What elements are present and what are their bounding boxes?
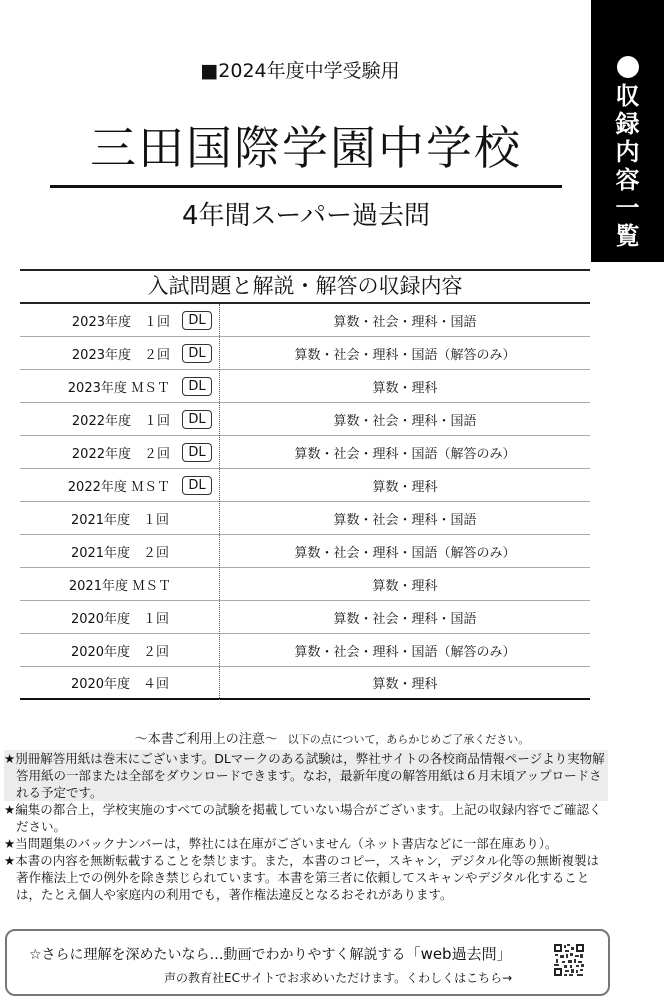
bullet-icon <box>617 56 639 78</box>
exam-label: 2021年度 １回 <box>71 509 169 528</box>
table-body: 2023年度 １回DL 算数・社会・理科・国語 2023年度 ２回DL 算数・社… <box>20 304 590 700</box>
side-tab-label: 収 録 内 容 一 覧 <box>616 82 640 250</box>
subjects-cell: 算数・社会・理科・国語（解答のみ） <box>220 443 590 462</box>
subjects-cell: 算数・理科 <box>220 673 590 692</box>
side-tab-char: 内 <box>616 138 640 166</box>
exam-label: 2022年度 ＭＳＴ <box>68 476 170 495</box>
table-row: 2022年度 １回DL 算数・社会・理科・国語 <box>20 403 590 436</box>
exam-label: 2021年度 ２回 <box>71 542 169 561</box>
table-row: 2022年度 ２回DL 算数・社会・理科・国語（解答のみ） <box>20 436 590 469</box>
notice-list: ★別冊解答用紙は巻末にございます。DLマークのある試験は，弊社サイトの各校商品情… <box>4 750 608 903</box>
dl-badge: DL <box>182 377 212 396</box>
notice-item: ★別冊解答用紙は巻末にございます。DLマークのある試験は，弊社サイトの各校商品情… <box>4 750 608 801</box>
exam-label: 2020年度 ４回 <box>71 673 169 692</box>
subjects-cell: 算数・社会・理科・国語 <box>220 410 590 429</box>
side-tab-char: 覧 <box>616 222 640 250</box>
subjects-cell: 算数・社会・理科・国語（解答のみ） <box>220 344 590 363</box>
qr-code-icon[interactable] <box>553 943 585 977</box>
contents-table: 入試問題と解説・解答の収録内容 2023年度 １回DL 算数・社会・理科・国語 … <box>20 269 590 700</box>
table-row: 2021年度 １回 算数・社会・理科・国語 <box>20 502 590 535</box>
exam-label: 2022年度 ２回 <box>72 443 170 462</box>
exam-label: 2023年度 ＭＳＴ <box>68 377 170 396</box>
notice-subtitle: 以下の点について，あらかじめご了承ください。 <box>288 733 530 746</box>
subjects-cell: 算数・社会・理科・国語 <box>220 608 590 627</box>
dl-badge: DL <box>182 443 212 462</box>
school-name-title: 三田国際学園中学校 <box>50 118 562 178</box>
table-title: 入試問題と解説・解答の収録内容 <box>20 269 590 304</box>
table-row: 2021年度 ＭＳＴ 算数・理科 <box>20 568 590 601</box>
side-tab-char: 録 <box>616 110 640 138</box>
book-subtitle: 4年間スーパー過去問 <box>0 198 612 234</box>
promo-text: ☆さらに理解を深めたいなら…動画でわかりやすく解説する <box>29 947 406 963</box>
table-row: 2022年度 ＭＳＴDL 算数・理科 <box>20 469 590 502</box>
notice-title: ～本書ご利用上の注意～ <box>135 732 278 747</box>
table-row: 2021年度 ２回 算数・社会・理科・国語（解答のみ） <box>20 535 590 568</box>
table-row: 2020年度 ２回 算数・社会・理科・国語（解答のみ） <box>20 634 590 667</box>
subjects-cell: 算数・社会・理科・国語 <box>220 311 590 330</box>
notice-item: ★当問題集のバックナンバーは，弊社には在庫がございません（ネット書店などに一部在… <box>4 835 608 852</box>
web-kakomon-promo-box: ☆さらに理解を深めたいなら…動画でわかりやすく解説する「web過去問」 声の教育… <box>5 929 610 996</box>
exam-label: 2021年度 ＭＳＴ <box>69 575 171 594</box>
exam-year-label: ■2024年度中学受験用 <box>0 56 600 83</box>
dl-badge: DL <box>182 311 212 330</box>
notice-heading: ～本書ご利用上の注意～以下の点について，あらかじめご了承ください。 <box>0 728 664 747</box>
side-tab-char: 収 <box>616 82 640 110</box>
subjects-cell: 算数・理科 <box>220 377 590 396</box>
dl-badge: DL <box>182 410 212 429</box>
promo-headline: ☆さらに理解を深めたいなら…動画でわかりやすく解説する「web過去問」 <box>29 943 512 964</box>
exam-label: 2020年度 ２回 <box>71 641 169 660</box>
table-row: 2023年度 １回DL 算数・社会・理科・国語 <box>20 304 590 337</box>
subjects-cell: 算数・理科 <box>220 575 590 594</box>
side-tab-char: 容 <box>616 166 640 194</box>
exam-label: 2023年度 １回 <box>72 311 170 330</box>
side-tab-char: 一 <box>616 194 640 222</box>
dl-badge: DL <box>182 476 212 495</box>
title-divider <box>50 185 562 188</box>
table-row: 2020年度 ４回 算数・理科 <box>20 667 590 700</box>
exam-label: 2022年度 １回 <box>72 410 170 429</box>
table-row: 2020年度 １回 算数・社会・理科・国語 <box>20 601 590 634</box>
column-divider <box>219 304 220 700</box>
promo-product-name: 「web過去問」 <box>406 945 512 963</box>
promo-subtext: 声の教育社ECサイトでお求めいただけます。くわしくはこちら→ <box>164 969 512 986</box>
exam-label: 2020年度 １回 <box>71 608 169 627</box>
table-row: 2023年度 ＭＳＴDL 算数・理科 <box>20 370 590 403</box>
subjects-cell: 算数・社会・理科・国語 <box>220 509 590 528</box>
dl-badge: DL <box>182 344 212 363</box>
subjects-cell: 算数・理科 <box>220 476 590 495</box>
notice-item: ★本書の内容を無断転載することを禁じます。また，本書のコピー，スキャン，デジタル… <box>4 852 608 903</box>
subjects-cell: 算数・社会・理科・国語（解答のみ） <box>220 641 590 660</box>
exam-label: 2023年度 ２回 <box>72 344 170 363</box>
notice-item: ★編集の都合上，学校実施のすべての試験を掲載していない場合がございます。上記の収… <box>4 801 608 835</box>
subjects-cell: 算数・社会・理科・国語（解答のみ） <box>220 542 590 561</box>
table-row: 2023年度 ２回DL 算数・社会・理科・国語（解答のみ） <box>20 337 590 370</box>
